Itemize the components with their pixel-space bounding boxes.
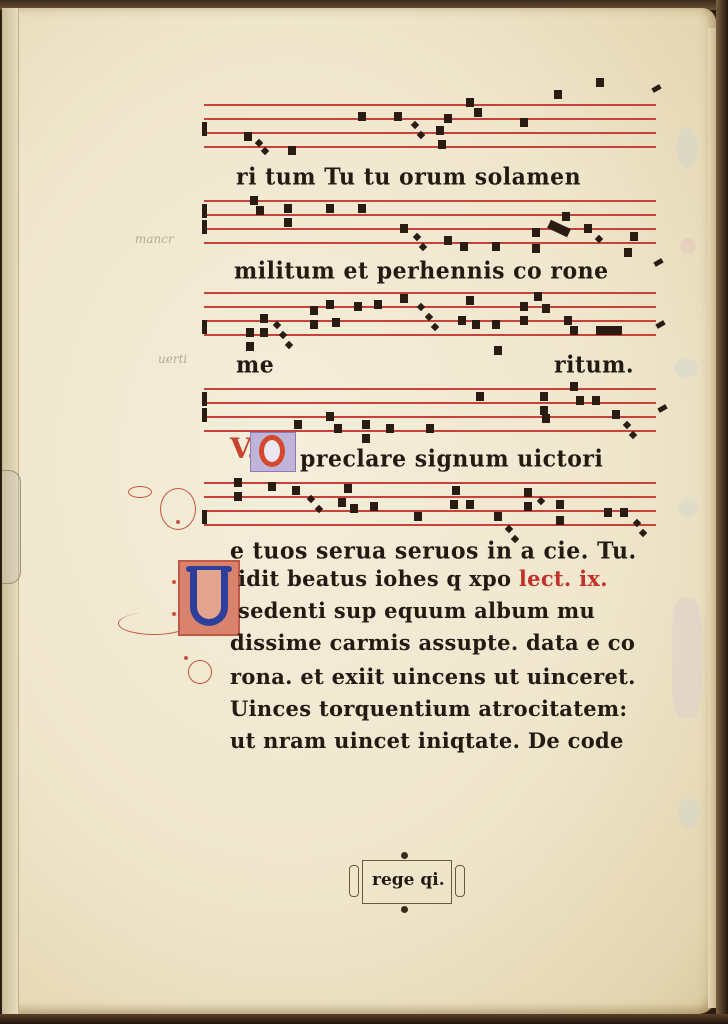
margin-note-ghost: uerti — [158, 352, 187, 366]
pen-flourish — [188, 660, 212, 684]
lyric-line-1: ri tum Tu tu orum solamen — [236, 163, 581, 191]
music-staff-2 — [204, 200, 656, 244]
lesson-line-2: sedenti sup equum album mu — [238, 598, 595, 623]
page-edge — [708, 28, 716, 1008]
margin-note-ghost: mancr — [135, 232, 174, 246]
music-staff-4 — [204, 388, 656, 432]
catchword-dot — [401, 906, 408, 913]
lesson-line-4: rona. et exiit uincens ut uinceret. — [230, 664, 636, 689]
lesson-line-6: ut nram uincet iniqtate. De code — [230, 728, 624, 753]
rubric-lectio: lect. ix. — [519, 566, 608, 591]
music-staff-5 — [204, 482, 656, 526]
neume-note — [244, 132, 252, 141]
music-staff-1 — [204, 104, 656, 148]
clef-icon — [202, 122, 207, 136]
lyric-line-4: preclare signum uictori — [300, 445, 603, 473]
decorated-initial-u — [178, 560, 240, 636]
catchword-dot — [401, 852, 408, 859]
binding-right — [716, 0, 728, 1024]
book-clasp — [2, 470, 21, 584]
catchword: rege qi. — [372, 870, 445, 890]
lyric-line-3b: ritum. — [554, 351, 634, 379]
show-through-illumination — [672, 98, 702, 898]
lesson-line-3: dissime carmis assupte. data e co — [230, 630, 635, 655]
lyric-line-5: e tuos serua seruos in a cie. Tu. — [230, 537, 637, 565]
lesson-line-5: Uinces torquentium atrocitatem: — [230, 696, 627, 721]
lyric-line-3a: me — [236, 351, 274, 379]
music-staff-3 — [204, 292, 656, 336]
binding-bottom — [0, 1014, 728, 1024]
pen-flourish — [128, 486, 152, 498]
decorated-initial-o — [250, 432, 296, 472]
lyric-line-2: militum et perhennis co rone — [234, 257, 609, 285]
lesson-line-1: idit beatus iohes q xpo lect. ix. — [238, 566, 608, 591]
